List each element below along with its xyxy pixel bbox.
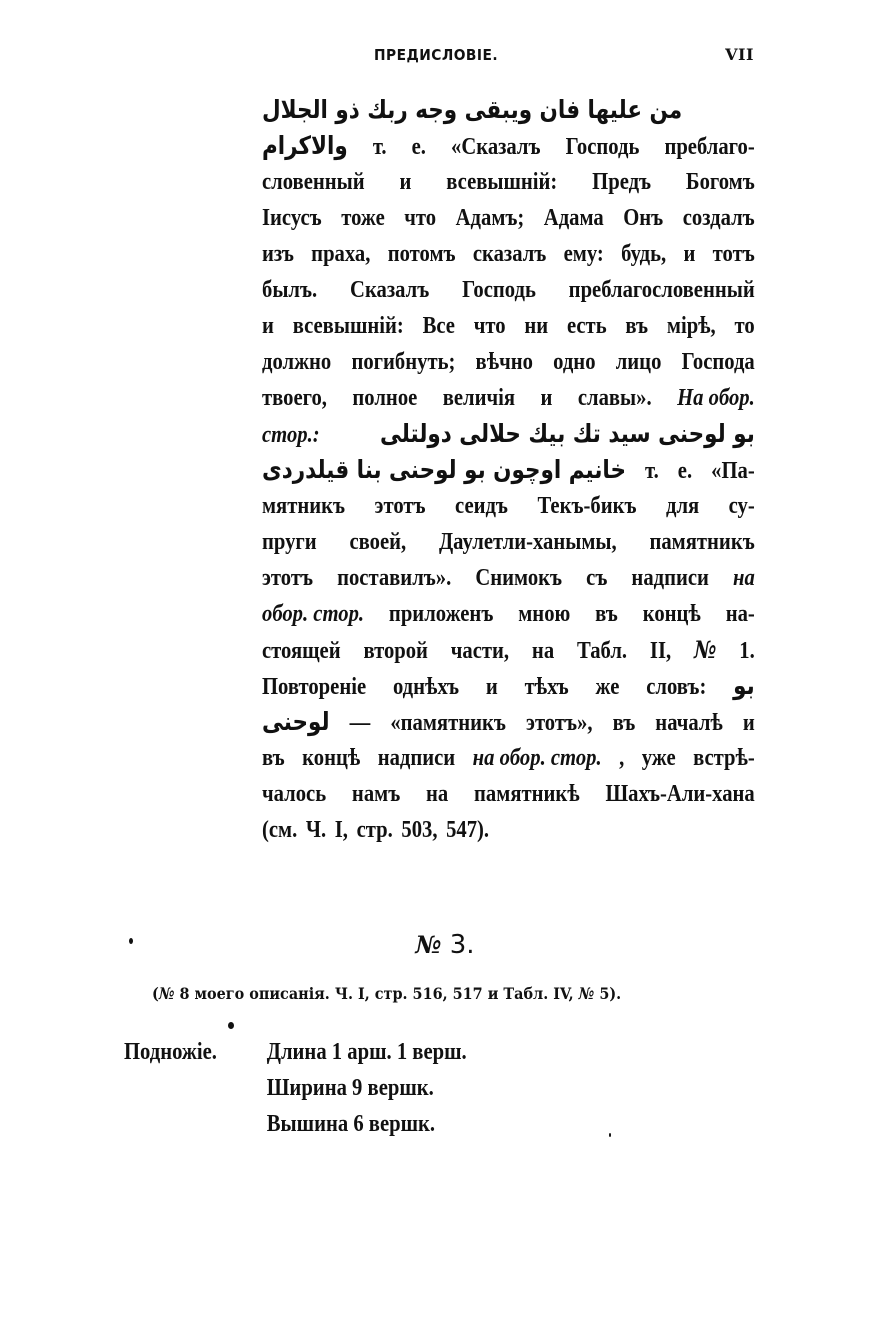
word: твоего, xyxy=(262,380,327,416)
word: намъ xyxy=(352,776,400,812)
word: своей, xyxy=(349,524,406,560)
word: концѣ xyxy=(643,596,701,632)
word: Онъ xyxy=(623,200,663,236)
word: славы». xyxy=(578,380,652,416)
word: и xyxy=(400,164,412,200)
word: тѣхъ xyxy=(525,669,569,705)
word: сказалъ xyxy=(473,236,546,272)
word: мною xyxy=(518,596,570,632)
dimensions-block: Подножіе.Длина 1 арш. 1 верш. Ширина 9 в… xyxy=(124,1034,522,1142)
word: «памятникъ xyxy=(390,705,506,741)
word: въ xyxy=(625,308,648,344)
word: и xyxy=(743,705,755,741)
italic-abbreviation: обор. стор. xyxy=(262,596,364,632)
ink-speck xyxy=(228,1022,234,1029)
word: поставилъ». xyxy=(337,560,451,596)
word: этотъ xyxy=(262,560,313,596)
word: Сказалъ xyxy=(350,272,429,308)
text-line: словенныйивсевышній:ПредъБогомъ xyxy=(262,164,755,200)
subtitle-numero-sign-2: № xyxy=(579,984,595,1003)
word: 1. xyxy=(739,633,754,669)
text-line: والاكرامт.е.«СказалъГосподьпреблаго- xyxy=(262,128,755,164)
running-head: ПРЕДИСЛОВІЕ. VII xyxy=(262,40,754,70)
word: былъ. xyxy=(262,272,317,308)
word: Господь xyxy=(566,129,640,165)
word: величія xyxy=(443,380,515,416)
dimension-row: Ширина 9 вершк. xyxy=(124,1070,467,1106)
word: что xyxy=(474,308,506,344)
ink-speck xyxy=(129,938,133,944)
word: однѣхъ xyxy=(393,669,459,705)
word: «Па- xyxy=(711,453,755,489)
arabic-inscription: خانيم اوچون بو لوحنى بنا قيلدردى xyxy=(262,452,626,488)
word: есть xyxy=(567,308,607,344)
word: чалось xyxy=(262,776,326,812)
text-line: (см.Ч.I,стр.503,547). xyxy=(262,812,755,848)
word: полное xyxy=(352,380,417,416)
word: Ч. xyxy=(306,812,326,848)
word: и xyxy=(486,669,498,705)
word: тотъ xyxy=(713,236,755,272)
word: праха, xyxy=(311,236,370,272)
word: Господа xyxy=(682,344,755,380)
word: — xyxy=(350,705,371,741)
word: Господь xyxy=(462,272,536,308)
word: на xyxy=(532,633,554,669)
italic-abbreviation: стор.: xyxy=(262,417,320,453)
word: II, xyxy=(650,633,671,669)
word: потомъ xyxy=(388,236,456,272)
word: создалъ xyxy=(683,200,755,236)
word: вѣчно xyxy=(476,344,533,380)
word: е. xyxy=(412,129,426,165)
word: лицо xyxy=(616,344,662,380)
word: же xyxy=(596,669,620,705)
word: будь, xyxy=(621,236,666,272)
word: е. xyxy=(678,453,692,489)
text-line: въконцѣнадписина обор. стор.,ужевстрѣ- xyxy=(262,740,755,776)
section-heading: № 3. xyxy=(0,930,880,960)
dimension-length: Длина 1 арш. 1 верш. xyxy=(267,1039,467,1065)
word: Адама xyxy=(544,200,604,236)
word: словенный xyxy=(262,164,365,200)
word: 503, xyxy=(401,812,437,848)
word: преблаго- xyxy=(664,129,754,165)
word: и xyxy=(262,308,274,344)
word: памятникъ xyxy=(649,524,754,560)
text-line: пругисвоей,Даулетли-ханымы,памятникъ xyxy=(262,524,755,560)
word: надписи xyxy=(631,560,708,596)
word: I, xyxy=(335,812,348,848)
dimension-row: Подножіе.Длина 1 арш. 1 верш. xyxy=(124,1034,467,1070)
word: «Сказалъ xyxy=(451,129,541,165)
section-subtitle: (№ 8 моего описанія. Ч. I, стр. 516, 517… xyxy=(152,984,621,1003)
numero-sign: № xyxy=(415,930,441,959)
page-number: VII xyxy=(725,45,754,64)
word: съ xyxy=(586,560,607,596)
word: и xyxy=(541,380,553,416)
word: встрѣ- xyxy=(693,740,755,776)
italic-abbreviation: на xyxy=(733,560,755,596)
word: , xyxy=(619,740,624,776)
word: для xyxy=(666,488,699,524)
word: всевышній: xyxy=(293,308,404,344)
word: мірѣ, xyxy=(667,308,716,344)
word: Іисусъ xyxy=(262,200,322,236)
body-text-column: من عليها فان ويبقى وجه ربك ذو الجلالوالا… xyxy=(262,92,755,848)
word: концѣ xyxy=(302,740,360,776)
text-line: стоящейвторойчасти,наТабл.II,№1. xyxy=(262,632,755,668)
text-line: изъпраха,потомъсказалъему:будь,итотъ xyxy=(262,236,755,272)
subtitle-reference: 8 моего описанія. Ч. I, стр. 516, 517 и … xyxy=(174,984,578,1003)
word: ни xyxy=(524,308,548,344)
word: ему: xyxy=(564,236,604,272)
word: т. xyxy=(645,453,659,489)
word: и xyxy=(683,236,695,272)
text-line: обор. стор.приложенъмноювъконцѣна- xyxy=(262,596,755,632)
text-line: Повтореніеоднѣхъитѣхъжесловъ:بو xyxy=(262,668,755,704)
word: су- xyxy=(729,488,755,524)
ink-speck xyxy=(609,1133,611,1137)
numero-sign: № xyxy=(694,632,716,668)
word: что xyxy=(404,200,436,236)
subtitle-close: 5). xyxy=(594,984,621,1003)
word: приложенъ xyxy=(389,596,493,632)
dimension-width: Ширина 9 вершк. xyxy=(267,1075,434,1101)
dimensions-label: Подножіе. xyxy=(124,1034,267,1070)
word: Снимокъ xyxy=(475,560,562,596)
text-line: этотъпоставилъ».Снимокъсънадписина xyxy=(262,560,755,596)
text-line: чалосьнамънапамятникѣШахъ-Али-хана xyxy=(262,776,755,812)
word: изъ xyxy=(262,236,294,272)
subtitle-numero-sign: № xyxy=(159,984,175,1003)
word: Все xyxy=(423,308,455,344)
text-line: былъ.СказалъГосподьпреблагословенный xyxy=(262,272,755,308)
word: Даулетли-ханымы, xyxy=(439,524,617,560)
word: въ xyxy=(262,740,285,776)
word: словъ: xyxy=(646,669,706,705)
word: въ xyxy=(595,596,618,632)
text-line: мятникъэтотъсеидъТекъ-бикъдлясу- xyxy=(262,488,755,524)
word: въ xyxy=(613,705,636,741)
word: должно xyxy=(262,344,331,380)
section-number: 3. xyxy=(450,930,475,960)
word: Текъ-бикъ xyxy=(537,488,636,524)
word: этотъ», xyxy=(526,705,592,741)
word: Табл. xyxy=(577,633,627,669)
word: сеидъ xyxy=(455,488,508,524)
word: второй xyxy=(363,633,428,669)
word: пруги xyxy=(262,524,317,560)
word: стр. xyxy=(357,812,393,848)
text-line: твоего,полноевеличіяиславы».На обор. xyxy=(262,380,755,416)
word: то xyxy=(735,308,755,344)
word: Богомъ xyxy=(686,164,755,200)
word: одно xyxy=(553,344,595,380)
word: всевышній: xyxy=(446,164,557,200)
word: Предъ xyxy=(592,164,651,200)
arabic-inscription: بو xyxy=(733,668,755,704)
word: (см. xyxy=(262,812,297,848)
arabic-inscription: من عليها فان ويبقى وجه ربك ذو الجلال xyxy=(262,92,682,128)
word: Повтореніе xyxy=(262,669,366,705)
word: погибнуть; xyxy=(351,344,455,380)
word: на xyxy=(426,776,448,812)
running-head-title: ПРЕДИСЛОВІЕ. xyxy=(374,46,498,64)
word: этотъ xyxy=(375,488,426,524)
word: на- xyxy=(726,596,755,632)
arabic-inscription: والاكرام xyxy=(262,128,348,164)
word: мятникъ xyxy=(262,488,345,524)
italic-abbreviation: На обор. xyxy=(677,380,755,416)
text-line: ивсевышній:Всечтониестьвъмірѣ,то xyxy=(262,308,755,344)
word: Адамъ; xyxy=(456,200,525,236)
word: Шахъ-Али-хана xyxy=(605,776,754,812)
italic-abbreviation: на обор. стор. xyxy=(473,740,602,776)
text-line: خانيم اوچون بو لوحنى بنا قيلدردىт.е.«Па- xyxy=(262,452,755,488)
arabic-inscription: بو لوحنى سيد تك بيك حلالى دولتلى xyxy=(380,416,755,452)
arabic-inscription: لوحنى xyxy=(262,704,330,740)
word: началѣ xyxy=(655,705,722,741)
text-line: стор.:بو لوحنى سيد تك بيك حلالى دولتلى xyxy=(262,416,755,452)
text-line: должнопогибнуть;вѣчнооднолицоГоспода xyxy=(262,344,755,380)
text-line: لوحنى—«памятникъэтотъ»,въначалѣи xyxy=(262,704,755,740)
word: стоящей xyxy=(262,633,341,669)
word: тоже xyxy=(341,200,385,236)
word: надписи xyxy=(378,740,455,776)
dimension-row: Вышина 6 вершк. xyxy=(124,1106,467,1142)
word: преблагословенный xyxy=(569,272,755,308)
subtitle-open-paren: ( xyxy=(152,984,159,1003)
dimension-height: Вышина 6 вершк. xyxy=(267,1111,435,1137)
word: части, xyxy=(451,633,509,669)
word: уже xyxy=(642,740,676,776)
word: памятникѣ xyxy=(474,776,580,812)
text-line: من عليها فان ويبقى وجه ربك ذو الجلال xyxy=(262,92,755,128)
word: т. xyxy=(373,129,387,165)
word: 547). xyxy=(446,812,489,848)
text-line: ІисусътожечтоАдамъ;АдамаОнъсоздалъ xyxy=(262,200,755,236)
